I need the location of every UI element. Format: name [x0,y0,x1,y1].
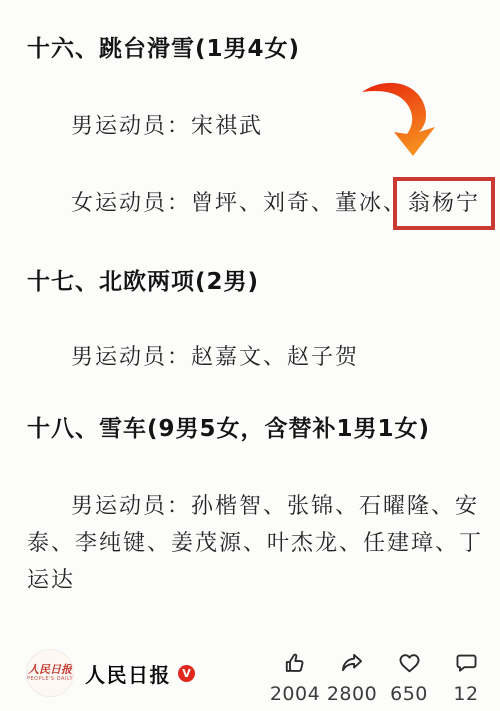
female-athletes-prefix: 女运动员：曾坪、刘奇、董冰、 [71,191,407,216]
section-heading: 十八、雪车(9男5女，含替补1男1女) [27,414,490,444]
like-count: 2004 [270,683,320,705]
highlighted-athlete-name: 翁杨宁 [407,191,481,216]
favorite-count: 650 [390,683,428,705]
male-athletes-line: 男运动员：赵嘉文、赵子贺 [27,339,490,376]
section-ski-jumping: 十六、跳台滑雪(1男4女) 男运动员：宋祺武 女运动员：曾坪、刘奇、董冰、翁杨宁 [27,34,490,222]
athlete-list: 十六、跳台滑雪(1男4女) 男运动员：宋祺武 女运动员：曾坪、刘奇、董冰、翁杨宁… [0,0,500,599]
female-athletes-line: 女运动员：曾坪、刘奇、董冰、翁杨宁 [27,185,490,222]
people-daily-avatar[interactable]: 人民日报 PEOPLE'S DAILY [26,649,74,697]
avatar-calligraphy: 人民日报 [28,664,72,676]
publisher-name[interactable]: 人民日报 [85,659,171,688]
favorite-button[interactable]: 650 [387,650,431,705]
comment-count: 12 [453,683,478,705]
thumbs-up-icon [282,650,309,677]
male-athletes-line: 男运动员：宋祺武 [27,108,490,145]
share-count: 2800 [327,683,377,705]
article-page: 十六、跳台滑雪(1男4女) 男运动员：宋祺武 女运动员：曾坪、刘奇、董冰、翁杨宁… [0,0,500,711]
like-button[interactable]: 2004 [273,650,317,705]
verified-letter: V [182,668,191,679]
comment-bubble-icon [453,650,480,677]
publisher-info[interactable]: 人民日报 PEOPLE'S DAILY 人民日报 V [26,649,195,697]
verified-badge: V [178,665,195,682]
publisher-bar: 人民日报 PEOPLE'S DAILY 人民日报 V 2004 2800 [0,635,500,705]
action-bar: 2004 2800 650 12 [273,649,488,705]
male-athletes-line: 男运动员：孙楷智、张锦、石曜隆、安泰、李纯键、姜茂源、叶杰龙、任建璋、丁运达 [27,488,490,599]
comment-button[interactable]: 12 [444,650,488,705]
section-nordic-combined: 十七、北欧两项(2男) 男运动员：赵嘉文、赵子贺 [27,267,490,376]
heart-icon [396,650,423,677]
section-heading: 十六、跳台滑雪(1男4女) [27,34,490,64]
share-button[interactable]: 2800 [330,650,374,705]
share-arrow-icon [339,650,366,677]
section-bobsled: 十八、雪车(9男5女，含替补1男1女) 男运动员：孙楷智、张锦、石曜隆、安泰、李… [27,414,490,599]
avatar-subtext: PEOPLE'S DAILY [27,676,73,682]
section-heading: 十七、北欧两项(2男) [27,267,490,297]
